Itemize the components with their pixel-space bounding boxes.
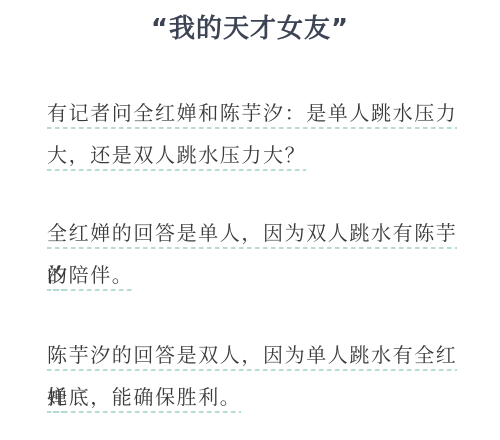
paragraph-line: 的陪伴。 [47,263,133,291]
article-title: “我的天才女友” [0,8,500,45]
paragraph-1: 有记者问全红婵和陈芋汐：是单人跳水压力 大，还是双人跳水压力大？ [47,92,467,176]
paragraph-line: 托底，能确保胜利。 [47,385,241,413]
paragraph-2: 全红婵的回答是单人，因为双人跳水有陈芋汐 的陪伴。 [47,212,467,296]
paragraph-line: 大，还是双人跳水压力大？ [47,143,306,171]
paragraph-3: 陈芋汐的回答是双人，因为单人跳水有全红婵 托底，能确保胜利。 [47,334,467,418]
paragraph-line: 有记者问全红婵和陈芋汐：是单人跳水压力 [47,101,457,129]
